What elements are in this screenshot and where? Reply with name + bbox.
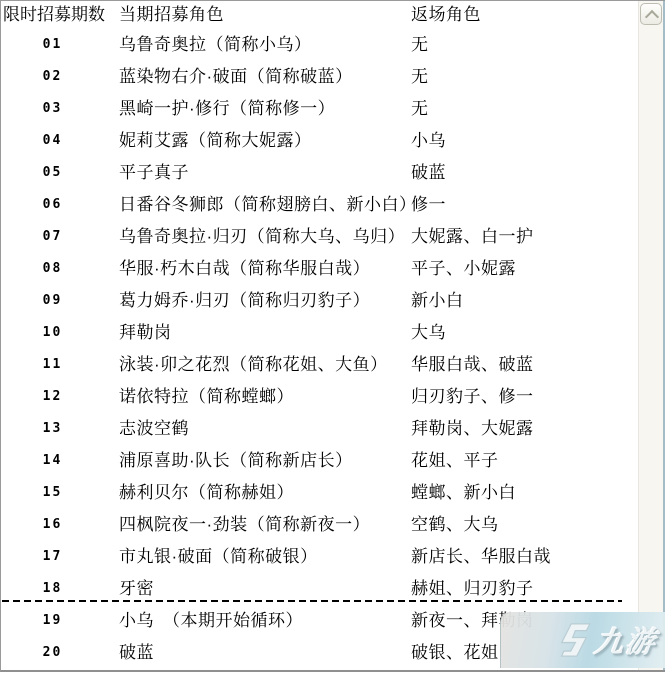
row-current-characters: 浦原喜助·队长（简称新店长） — [104, 445, 411, 477]
row-period-number: 17 — [1, 541, 104, 573]
row-period-number: 02 — [1, 61, 104, 93]
vertical-scrollbar[interactable] — [638, 1, 665, 670]
table-row: 07乌鲁奇奥拉·归刃（简称大乌、乌归）大妮露、白一护 — [1, 221, 637, 253]
row-period-number: 08 — [1, 253, 104, 285]
row-current-characters: 乌鲁奇奥拉·归刃（简称大乌、乌归） — [104, 221, 411, 253]
row-returning-characters: 拜勒岗、大妮露 — [411, 413, 637, 445]
row-current-characters: 蓝染物右介·破面（简称破蓝） — [104, 61, 411, 93]
table-row: 04妮莉艾露（简称大妮露）小乌 — [1, 125, 637, 157]
row-current-characters: 乌鲁奇奥拉（简称小乌） — [104, 29, 411, 61]
row-period-number: 09 — [1, 285, 104, 317]
table-row: 14浦原喜助·队长（简称新店长）花姐、平子 — [1, 445, 637, 477]
row-period-number: 04 — [1, 125, 104, 157]
row-period-number: 16 — [1, 509, 104, 541]
row-returning-characters: 归刃豹子、修一 — [411, 381, 637, 413]
column-header-period: 限时招募期数 — [1, 1, 104, 29]
table-row: 11泳装·卯之花烈（简称花姐、大鱼）华服白哉、破蓝 — [1, 349, 637, 381]
column-header-returning: 返场角色 — [411, 1, 637, 29]
row-period-number: 06 — [1, 189, 104, 221]
row-returning-characters: 花姐、平子 — [411, 445, 637, 477]
row-returning-characters: 无 — [411, 29, 637, 61]
row-period-number: 15 — [1, 477, 104, 509]
row-period-number: 14 — [1, 445, 104, 477]
row-current-characters: 华服·朽木白哉（简称华服白哉） — [104, 253, 411, 285]
row-period-number: 13 — [1, 413, 104, 445]
row-returning-characters: 破蓝 — [411, 157, 637, 189]
row-returning-characters: 修一 — [411, 189, 637, 221]
table-row: 08华服·朽木白哉（简称华服白哉）平子、小妮露 — [1, 253, 637, 285]
row-current-characters: 葛力姆乔·归刃（简称归刃豹子） — [104, 285, 411, 317]
row-current-characters: 拜勒岗 — [104, 317, 411, 349]
table-row: 13志波空鹤拜勒岗、大妮露 — [1, 413, 637, 445]
row-current-characters: 市丸银·破面（简称破银） — [104, 541, 411, 573]
row-returning-characters: 大乌 — [411, 317, 637, 349]
table-row: 16四枫院夜一·劲装（简称新夜一）空鹤、大乌 — [1, 509, 637, 541]
row-current-characters: 诺依特拉（简称螳螂） — [104, 381, 411, 413]
row-returning-characters: 无 — [411, 93, 637, 125]
watermark-brand-text: 九游 — [592, 620, 660, 661]
table-row: 10拜勒岗大乌 — [1, 317, 637, 349]
row-current-characters: 黑崎一护·修行（简称修一） — [104, 93, 411, 125]
recruitment-table-panel: 限时招募期数 当期招募角色 返场角色 01乌鲁奇奥拉（简称小乌）无02蓝染物右介… — [0, 0, 665, 672]
cycle-separator-line — [2, 600, 622, 602]
table-row: 06日番谷冬狮郎（简称翅膀白、新小白）修一 — [1, 189, 637, 221]
table-row: 09葛力姆乔·归刃（简称归刃豹子）新小白 — [1, 285, 637, 317]
row-current-characters: 破蓝 — [104, 637, 411, 669]
page: { "table": { "headers": ["限时招募期数", "当期招募… — [0, 0, 667, 678]
row-period-number: 11 — [1, 349, 104, 381]
table-row: 15赫利贝尔（简称赫姐）螳螂、新小白 — [1, 477, 637, 509]
watermark-badge: 九游 — [500, 612, 665, 668]
row-period-number: 01 — [1, 29, 104, 61]
scroll-up-button[interactable] — [640, 3, 662, 25]
table-row: 03黑崎一护·修行（简称修一）无 — [1, 93, 637, 125]
table-row: 12诺依特拉（简称螳螂）归刃豹子、修一 — [1, 381, 637, 413]
row-returning-characters: 华服白哉、破蓝 — [411, 349, 637, 381]
row-current-characters: 小乌 （本期开始循环） — [104, 605, 411, 637]
row-period-number: 20 — [1, 637, 104, 669]
row-current-characters: 日番谷冬狮郎（简称翅膀白、新小白） — [104, 189, 411, 221]
row-current-characters: 志波空鹤 — [104, 413, 411, 445]
table-row: 01乌鲁奇奥拉（简称小乌）无 — [1, 29, 637, 61]
table-row: 02蓝染物右介·破面（简称破蓝）无 — [1, 61, 637, 93]
row-current-characters: 平子真子 — [104, 157, 411, 189]
row-period-number: 19 — [1, 605, 104, 637]
9game-g-logo-icon — [554, 620, 594, 660]
row-current-characters: 泳装·卯之花烈（简称花姐、大鱼） — [104, 349, 411, 381]
table-row: 05平子真子破蓝 — [1, 157, 637, 189]
table-body: 01乌鲁奇奥拉（简称小乌）无02蓝染物右介·破面（简称破蓝）无03黑崎一护·修行… — [1, 29, 637, 669]
table-header-row: 限时招募期数 当期招募角色 返场角色 — [1, 1, 637, 29]
row-period-number: 10 — [1, 317, 104, 349]
table-row: 17市丸银·破面（简称破银）新店长、华服白哉 — [1, 541, 637, 573]
chevron-up-icon — [645, 10, 659, 24]
row-current-characters: 四枫院夜一·劲装（简称新夜一） — [104, 509, 411, 541]
row-period-number: 07 — [1, 221, 104, 253]
row-returning-characters: 平子、小妮露 — [411, 253, 637, 285]
row-period-number: 12 — [1, 381, 104, 413]
row-returning-characters: 螳螂、新小白 — [411, 477, 637, 509]
row-returning-characters: 空鹤、大乌 — [411, 509, 637, 541]
row-returning-characters: 小乌 — [411, 125, 637, 157]
row-period-number: 05 — [1, 157, 104, 189]
row-returning-characters: 新店长、华服白哉 — [411, 541, 637, 573]
row-current-characters: 妮莉艾露（简称大妮露） — [104, 125, 411, 157]
column-header-current: 当期招募角色 — [104, 1, 411, 29]
row-returning-characters: 新小白 — [411, 285, 637, 317]
recruitment-table: 限时招募期数 当期招募角色 返场角色 01乌鲁奇奥拉（简称小乌）无02蓝染物右介… — [1, 1, 637, 669]
row-current-characters: 赫利贝尔（简称赫姐） — [104, 477, 411, 509]
row-returning-characters: 无 — [411, 61, 637, 93]
row-returning-characters: 大妮露、白一护 — [411, 221, 637, 253]
row-period-number: 03 — [1, 93, 104, 125]
